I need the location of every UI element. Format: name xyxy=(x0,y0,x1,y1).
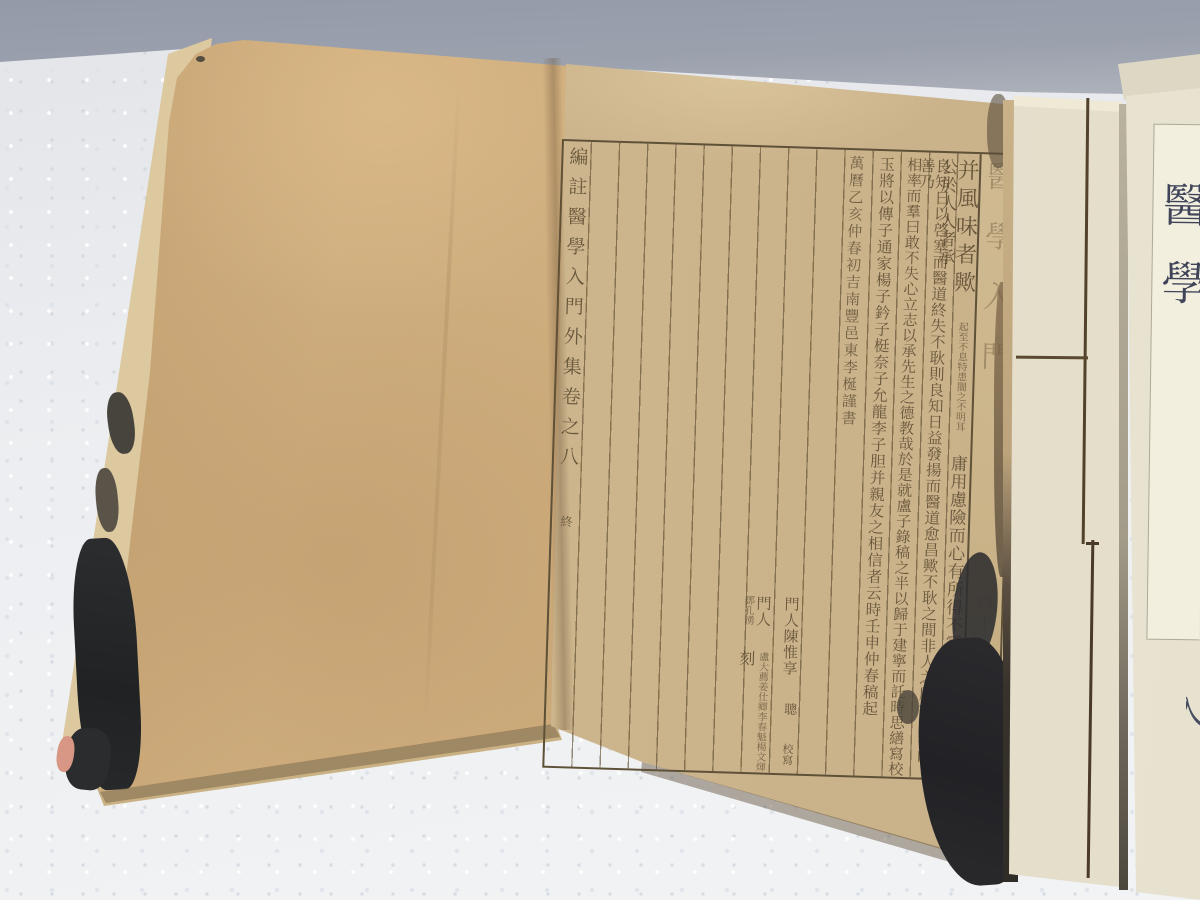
corner-speck xyxy=(196,56,205,62)
interlinear-note: 起至不息特患闇之不明耳 xyxy=(953,321,967,431)
disciple-role: 校寫 xyxy=(780,743,794,765)
binding-thread xyxy=(1016,356,1088,360)
carver-role: 刻 xyxy=(737,650,756,667)
disciple-given-name: 聰 xyxy=(781,702,796,715)
cover-gap-shadow xyxy=(1119,104,1128,890)
ink-stain xyxy=(897,690,919,724)
disciple-name: 門人陳惟享 xyxy=(780,596,801,677)
colophon-column: 萬曆乙亥仲春初吉南豐邑東李梴謹書 xyxy=(840,155,864,427)
text-column-4: 玉將以傳子通家楊子鈐子梃奈子允龍李子胆并親友之相信者云時壬申仲春稿起 xyxy=(860,156,893,717)
binding-thread xyxy=(1086,542,1099,545)
title-label-text: 醫學 xyxy=(1158,181,1200,338)
disciple-column-1: 門人陳惟享 聰 校寫 xyxy=(778,596,799,765)
disciple-prefix: 門人 xyxy=(754,595,773,628)
title-label: 醫學 xyxy=(1146,124,1200,641)
partial-handwritten-character: 入 xyxy=(1186,693,1200,739)
disciple-column-2: 門人 盧大薦姜仕卿李春魁楊文煇鄧孔湧 刻 xyxy=(734,595,772,773)
photo-old-chinese-books: 醫學入門 四十 并風味者歟 起至不息特患闇之不明耳 庸用慮險而心有所得不靈耉集以… xyxy=(0,0,1200,900)
